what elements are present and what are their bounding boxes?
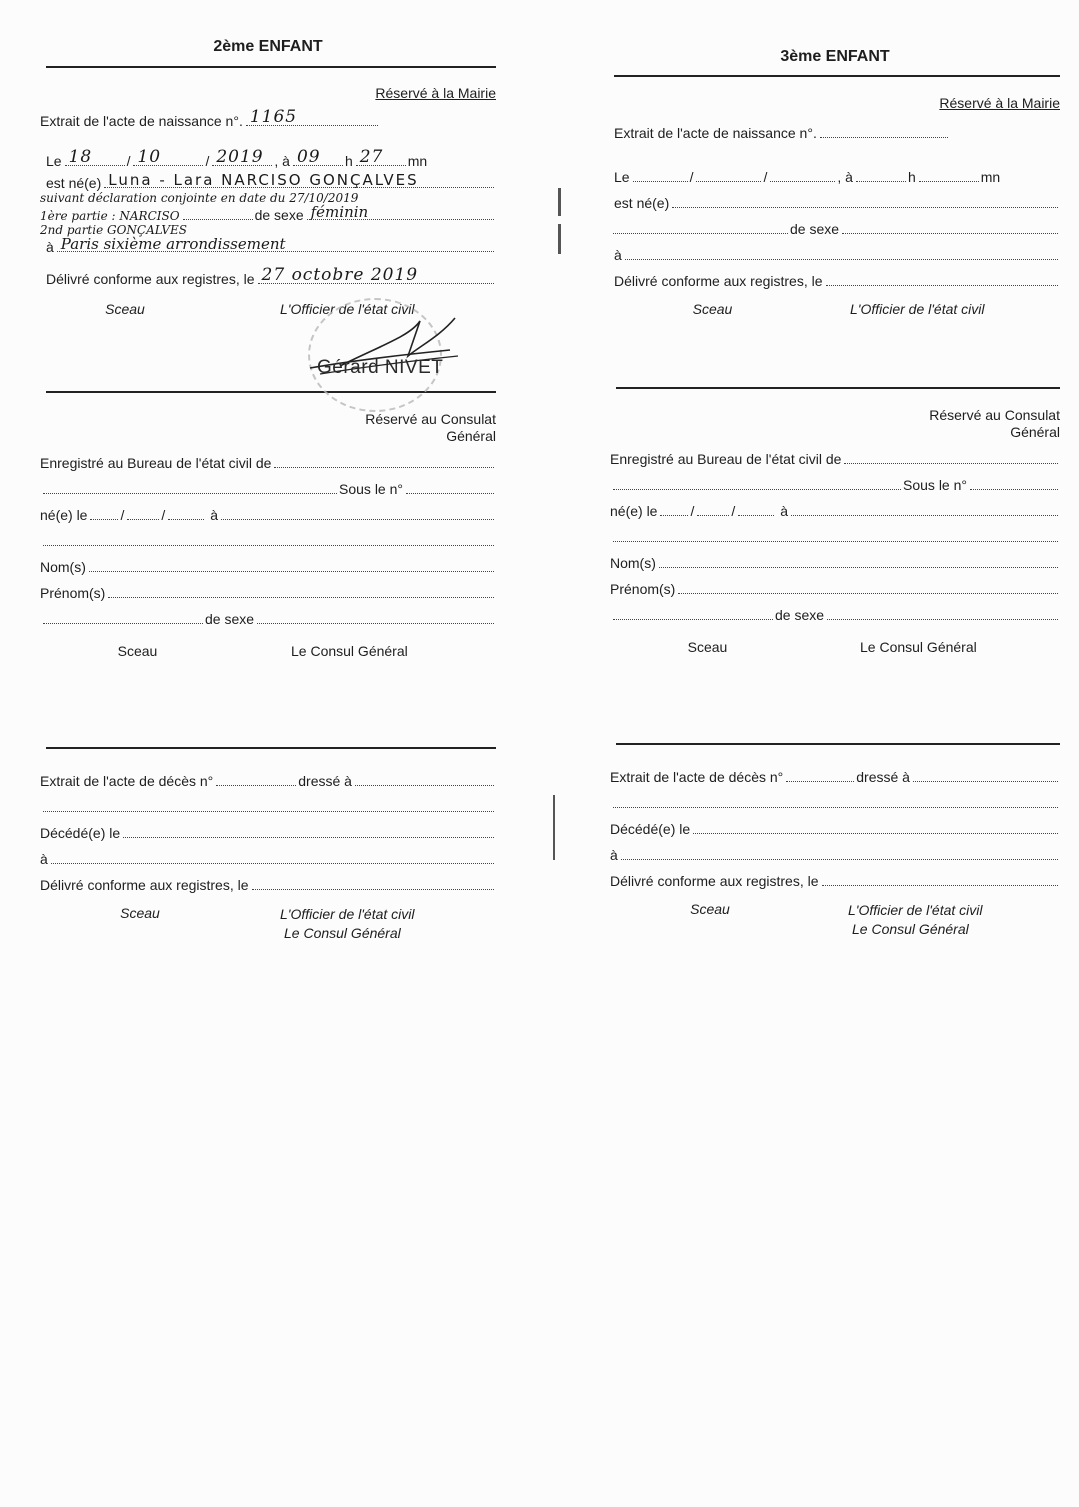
decede-field[interactable]: Décédé(e) le [610,811,1060,837]
year-value: 2019 [216,147,263,167]
section-title: 2ème ENFANT [40,38,496,58]
birth-date-time-field[interactable]: Le 18 / 10 / 2019 , à 09 h 27 mn [40,143,496,169]
signature-row: Sceau Le Consul Général [610,639,1060,655]
field-label: de sexe [255,207,304,223]
field-label: Délivré conforme aux registres, le [40,877,249,893]
signatory-name: Gérard NIVET [317,357,443,379]
reserve-mairie-label: Réservé à la Mairie [610,95,1060,111]
divider [46,66,496,68]
field-label: dressé à [298,773,352,789]
section-3eme-enfant: 3ème ENFANT Réservé à la Mairie Extrait … [610,10,1060,939]
binding-mark [558,224,561,254]
field-label: h [345,153,353,169]
day-value: 18 [69,147,93,167]
blank-field[interactable] [40,523,496,549]
acte-naissance-field[interactable]: Extrait de l'acte de naissance n°. [610,115,950,141]
field-label: , à [837,169,853,185]
hour-value: 09 [297,147,321,167]
consul-label: Le Consul Général [848,920,1060,939]
field-label: Extrait de l'acte de naissance n°. [614,125,817,141]
slash: / [690,503,694,519]
officier-label: L'Officier de l'état civil [280,905,496,924]
ne-le-field[interactable]: né(e) le / / à [610,493,1060,519]
signature-row: Sceau L'Officier de l'état civil [610,301,1060,317]
field-label: à [40,851,48,867]
field-label: , à [274,153,290,169]
field-label: Sous le n° [339,481,403,497]
consul-label: Le Consul Général [280,924,496,943]
signature-row: Sceau L'Officier de l'état civil Le Cons… [610,901,1060,939]
field-label: Le [614,169,630,185]
noms-field[interactable]: Nom(s) [610,545,1060,571]
divider [614,75,1060,77]
divider [46,391,496,393]
prenoms-field[interactable]: Prénom(s) [40,575,496,601]
divider [616,743,1060,745]
sous-le-no-field[interactable]: Sous le n° [40,471,496,497]
field-label: à [780,503,788,519]
field-label: est né(e) [46,175,101,191]
reserve-consulat-line: Réservé au Consulat [40,411,496,428]
lieu-value: Paris sixième arrondissement [61,235,286,253]
field-label: Nom(s) [610,555,656,571]
binding-mark [558,188,561,216]
field-label: Décédé(e) le [610,821,690,837]
signature-row: Sceau Le Consul Général [40,643,496,659]
consulat-sexe-field[interactable]: de sexe [40,601,496,627]
consul-label: Le Consul Général [805,639,1060,655]
signature-row: Sceau L'Officier de l'état civil Le Cons… [40,905,496,943]
field-label: Extrait de l'acte de décès n° [40,773,213,789]
field-label: mn [981,169,1000,185]
reserve-consulat-line: Général [40,428,496,445]
slash: / [161,507,165,523]
field-label: à [210,507,218,523]
field-label: Nom(s) [40,559,86,575]
reserve-consulat-line: Réservé au Consulat [610,407,1060,424]
sceau-label: Sceau [40,905,240,943]
ne-le-field[interactable]: né(e) le / / à [40,497,496,523]
annotation-declaration: suivant déclaration conjointe en date du… [40,191,496,205]
sexe-value: féminin [311,203,369,221]
minute-value: 27 [360,147,384,167]
slash: / [127,153,131,169]
signature-row: Sceau L'Officier de l'état civil [40,301,496,317]
reserve-consulat-label: Réservé au Consulat Général [610,407,1060,441]
field-label: à [610,847,618,863]
field-label: Décédé(e) le [40,825,120,841]
divider [616,387,1060,389]
deces-lieu-field[interactable]: à [40,841,496,867]
field-label: Prénom(s) [610,581,675,597]
sceau-label: Sceau [40,301,210,317]
blank-field[interactable] [610,519,1060,545]
sexe-field[interactable]: 1ère partie : NARCISO de sexe féminin [40,205,496,223]
decede-field[interactable]: Décédé(e) le [40,815,496,841]
slash: / [763,169,767,185]
est-ne-field[interactable]: est né(e) Luna - Lara NARCISO GONÇALVES [40,169,496,191]
lieu-field[interactable]: à [610,237,1060,263]
field-label: à [614,247,622,263]
deces-delivre-field[interactable]: Délivré conforme aux registres, le [610,863,1060,889]
delivre-field[interactable]: Délivré conforme aux registres, le 27 oc… [40,261,496,287]
acte-naissance-field[interactable]: Extrait de l'acte de naissance n°. 1165 [40,103,380,129]
field-label: Le [46,153,62,169]
field-label: Délivré conforme aux registres, le [46,271,255,287]
field-label: Délivré conforme aux registres, le [610,873,819,889]
enregistre-field[interactable]: Enregistré au Bureau de l'état civil de [40,445,496,471]
delivre-field[interactable]: Délivré conforme aux registres, le [610,263,1060,289]
blank-field[interactable] [610,785,1060,811]
enregistre-field[interactable]: Enregistré au Bureau de l'état civil de [610,441,1060,467]
field-label: est né(e) [614,195,669,211]
field-label: Prénom(s) [40,585,105,601]
prenoms-field[interactable]: Prénom(s) [610,571,1060,597]
slash: / [120,507,124,523]
section-2eme-enfant: 2ème ENFANT Réservé à la Mairie Extrait … [40,0,496,943]
field-label: Sous le n° [903,477,967,493]
slash: / [205,153,209,169]
field-label: Délivré conforme aux registres, le [614,273,823,289]
field-label: Enregistré au Bureau de l'état civil de [40,455,271,471]
field-label: de sexe [205,611,254,627]
field-label: Enregistré au Bureau de l'état civil de [610,451,841,467]
sceau-label: Sceau [610,901,810,939]
divider [46,747,496,749]
est-ne-field[interactable]: est né(e) [610,185,1060,211]
field-label: de sexe [775,607,824,623]
consulat-sexe-field[interactable]: de sexe [610,597,1060,623]
acte-number-value: 1165 [250,107,297,127]
sceau-label: Sceau [40,643,235,659]
field-label: de sexe [790,221,839,237]
annotation-premiere-partie: 1ère partie : NARCISO [40,209,180,223]
lieu-field[interactable]: à Paris sixième arrondissement [40,237,496,255]
binding-mark [553,795,555,860]
reserve-consulat-line: Général [610,424,1060,441]
sceau-label: Sceau [610,301,815,317]
consul-label: Le Consul Général [235,643,496,659]
field-label: Extrait de l'acte de décès n° [610,769,783,785]
reserve-consulat-label: Réservé au Consulat Général [40,411,496,445]
field-label: Extrait de l'acte de naissance n°. [40,113,243,129]
field-label: h [908,169,916,185]
month-value: 10 [137,147,161,167]
deces-lieu-field[interactable]: à [610,837,1060,863]
sexe-field[interactable]: de sexe [610,211,1060,237]
acte-deces-field[interactable]: Extrait de l'acte de décès n° dressé à [40,763,496,789]
deces-delivre-field[interactable]: Délivré conforme aux registres, le [40,867,496,893]
slash: / [731,503,735,519]
officier-label: L'Officier de l'état civil [815,301,1060,317]
field-label: dressé à [856,769,910,785]
field-label: né(e) le [40,507,87,523]
sous-le-no-field[interactable]: Sous le n° [610,467,1060,493]
acte-deces-field[interactable]: Extrait de l'acte de décès n° dressé à [610,759,1060,785]
slash: / [690,169,694,185]
officier-label: L'Officier de l'état civil [848,901,1060,920]
field-label: né(e) le [610,503,657,519]
delivre-date-value: 27 octobre 2019 [262,265,419,285]
birth-date-time-field[interactable]: Le / / , à h mn [610,159,1060,185]
noms-field[interactable]: Nom(s) [40,549,496,575]
sceau-label: Sceau [610,639,805,655]
child-name-value: Luna - Lara NARCISO GONÇALVES [108,171,418,189]
field-label: à [46,239,54,255]
blank-field[interactable] [40,789,496,815]
reserve-mairie-label: Réservé à la Mairie [40,85,496,101]
field-label: mn [408,153,427,169]
section-title: 3ème ENFANT [610,48,1060,68]
